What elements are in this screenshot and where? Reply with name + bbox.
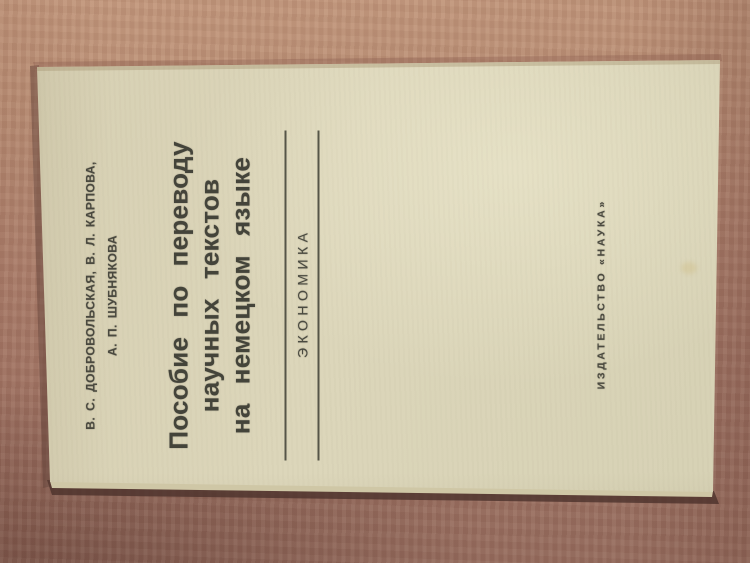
title-line-2: научных текстов	[195, 100, 226, 492]
series-name: ЭКОНОМИКА	[295, 131, 311, 461]
book-cover: В. С. ДОБРОВОЛЬСКАЯ, В. Л. КАРПОВА, А. П…	[0, 0, 750, 563]
authors-block: В. С. ДОБРОВОЛЬСКАЯ, В. Л. КАРПОВА, А. П…	[38, 100, 124, 492]
photo: В. С. ДОБРОВОЛЬСКАЯ, В. Л. КАРПОВА, А. П…	[0, 0, 750, 563]
title-line-3: на немецком языке	[226, 100, 257, 492]
book-title: Пособие по переводу научных текстов на н…	[164, 100, 257, 492]
title-line-1: Пособие по переводу	[164, 100, 195, 492]
publisher-name: ИЗДАТЕЛЬСТВО «НАУКА»	[596, 100, 608, 492]
authors-line-2: А. П. ШУБНЯКОВА	[102, 100, 124, 492]
series-block: ЭКОНОМИКА	[285, 131, 320, 461]
authors-line-1: В. С. ДОБРОВОЛЬСКАЯ, В. Л. КАРПОВА,	[80, 100, 102, 492]
cover-design-rotated: В. С. ДОБРОВОЛЬСКАЯ, В. Л. КАРПОВА, А. П…	[38, 62, 719, 492]
